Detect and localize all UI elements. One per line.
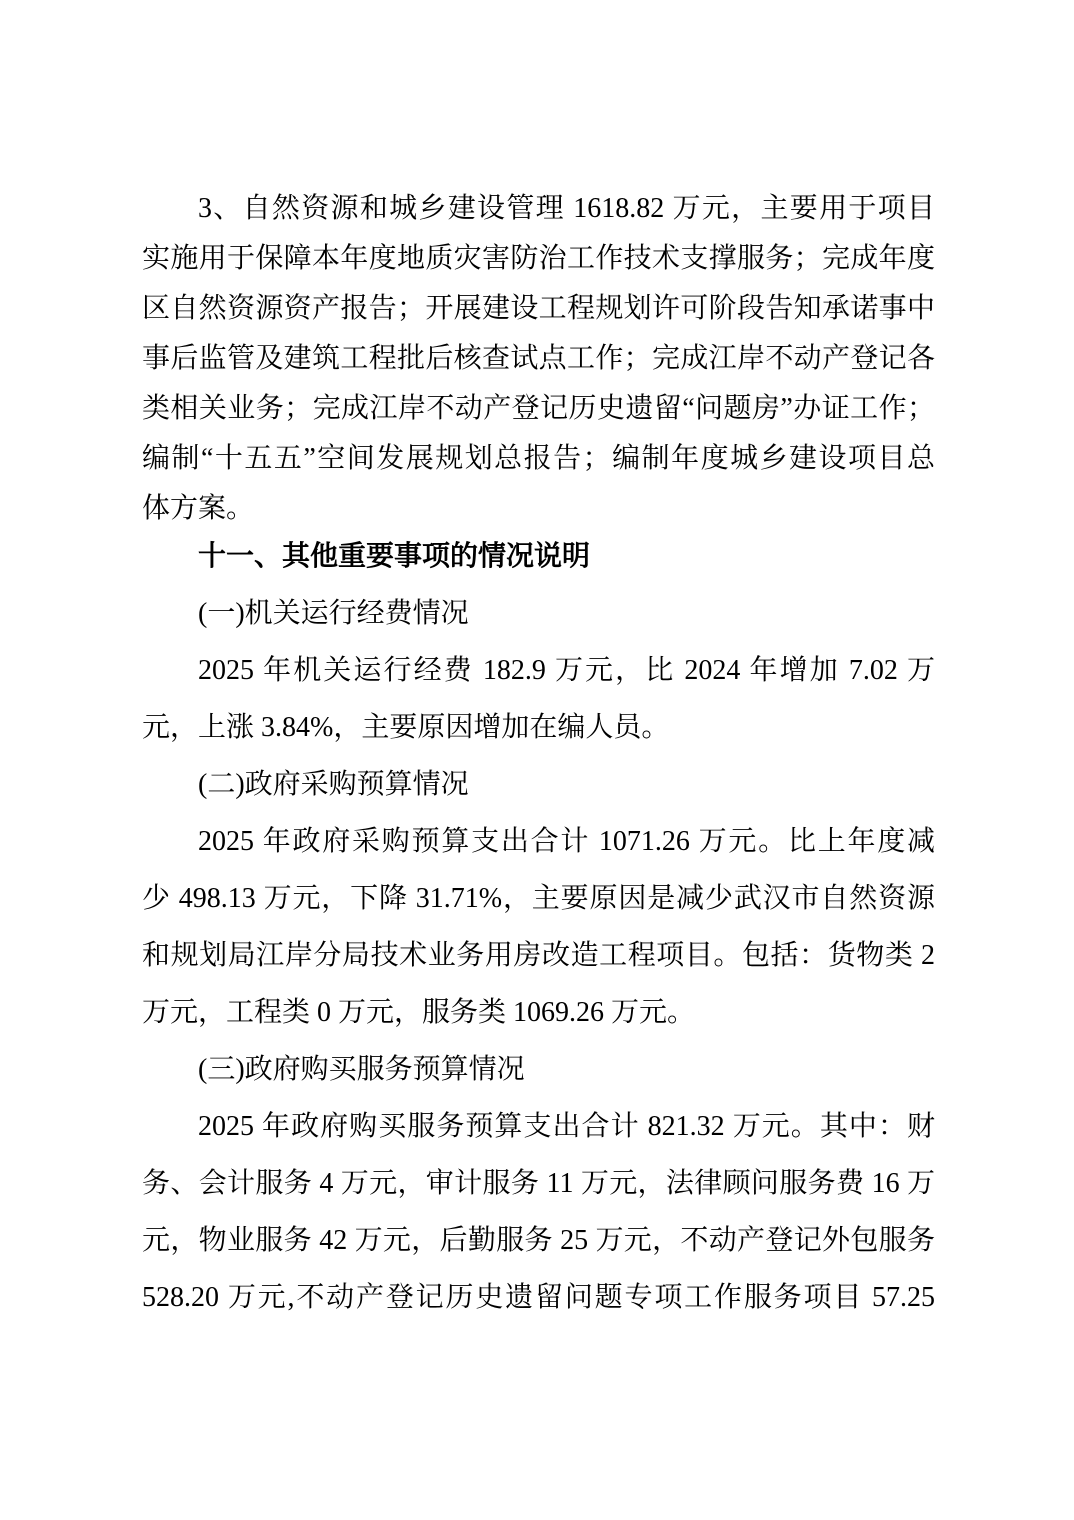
text-line: 区自然资源资产报告；开展建设工程规划许可阶段告知承诺事中 — [142, 284, 935, 334]
text-line: 体方案。 — [142, 484, 935, 534]
text-line: 类相关业务；完成江岸不动产登记历史遗留“问题房”办证工作； — [142, 384, 935, 434]
document-page: 3、自然资源和城乡建设管理 1618.82 万元，主要用于项目 实施用于保障本年… — [0, 0, 1074, 1520]
text-line: 2025 年政府购买服务预算支出合计 821.32 万元。其中：财 — [142, 1098, 935, 1155]
text-line: 和规划局江岸分局技术业务用房改造工程项目。包括：货物类 2 — [142, 927, 935, 984]
subheading-text: (二)政府采购预算情况 — [142, 756, 935, 813]
text-line: 2025 年机关运行经费 182.9 万元，比 2024 年增加 7.02 万 — [142, 642, 935, 699]
subheading-service-purchase: (三)政府购买服务预算情况 — [142, 1041, 935, 1098]
text-line: 事后监管及建筑工程批后核查试点工作；完成江岸不动产登记各 — [142, 334, 935, 384]
subheading-text: (三)政府购买服务预算情况 — [142, 1041, 935, 1098]
heading-section-11: 十一、其他重要事项的情况说明 — [142, 528, 935, 585]
document-body: 3、自然资源和城乡建设管理 1618.82 万元，主要用于项目 实施用于保障本年… — [142, 184, 935, 1326]
paragraph-government-procurement: 2025 年政府采购预算支出合计 1071.26 万元。比上年度减 少 498.… — [142, 813, 935, 1041]
text-line: 务、会计服务 4 万元，审计服务 11 万元，法律顾问服务费 16 万 — [142, 1155, 935, 1212]
paragraph-service-purchase: 2025 年政府购买服务预算支出合计 821.32 万元。其中：财 务、会计服务… — [142, 1098, 935, 1326]
section-heading-text: 十一、其他重要事项的情况说明 — [142, 528, 935, 585]
text-line: 少 498.13 万元，下降 31.71%，主要原因是减少武汉市自然资源 — [142, 870, 935, 927]
paragraph-natural-resources-spending: 3、自然资源和城乡建设管理 1618.82 万元，主要用于项目 实施用于保障本年… — [142, 184, 935, 534]
subheading-agency-operating-expenses: (一)机关运行经费情况 — [142, 585, 935, 642]
text-line: 元，上涨 3.84%，主要原因增加在编人员。 — [142, 699, 935, 756]
text-line: 2025 年政府采购预算支出合计 1071.26 万元。比上年度减 — [142, 813, 935, 870]
text-line: 3、自然资源和城乡建设管理 1618.82 万元，主要用于项目 — [142, 184, 935, 234]
text-line: 编制“十五五”空间发展规划总报告；编制年度城乡建设项目总 — [142, 434, 935, 484]
text-line: 元，物业服务 42 万元，后勤服务 25 万元，不动产登记外包服务 — [142, 1212, 935, 1269]
text-line: 实施用于保障本年度地质灾害防治工作技术支撑服务；完成年度 — [142, 234, 935, 284]
subheading-text: (一)机关运行经费情况 — [142, 585, 935, 642]
text-line: 万元，工程类 0 万元，服务类 1069.26 万元。 — [142, 984, 935, 1041]
subheading-government-procurement: (二)政府采购预算情况 — [142, 756, 935, 813]
text-line: 528.20 万元,不动产登记历史遗留问题专项工作服务项目 57.25 — [142, 1269, 935, 1326]
paragraph-operating-expenses: 2025 年机关运行经费 182.9 万元，比 2024 年增加 7.02 万 … — [142, 642, 935, 756]
